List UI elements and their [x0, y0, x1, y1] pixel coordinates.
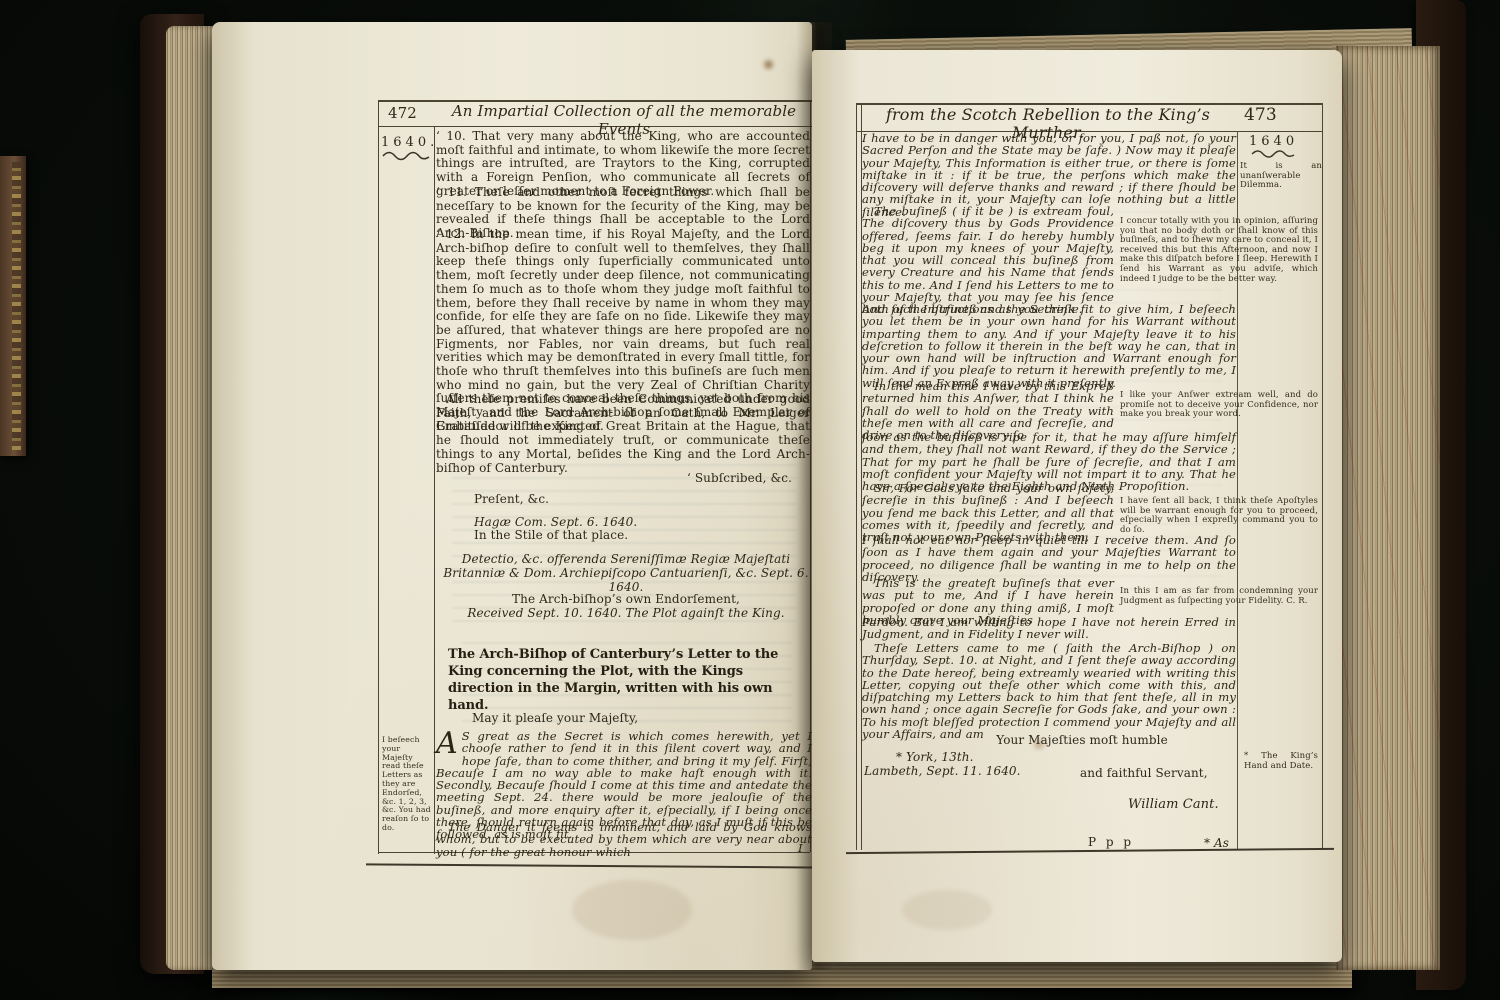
detectio-line: Detectio, &c. offerenda Sereniſſimæ Regi… [442, 552, 810, 594]
closing-humble: Your Majeſties moſt humble [932, 733, 1232, 747]
frame-line [1322, 103, 1323, 850]
frame-line [856, 103, 857, 850]
dateline-lambeth: Lambeth, Sept. 11. 1640. [864, 764, 1021, 778]
signature: William Cant. [1128, 798, 1219, 812]
signature-mark: P p p [1088, 835, 1134, 849]
right-page: from the Scotch Rebellion to the King’s … [812, 50, 1342, 962]
present-line: Preſent, &c. [474, 492, 549, 506]
stain [902, 890, 992, 930]
stain [572, 880, 692, 940]
dateline-stile: In the Stile of that place. [474, 528, 628, 542]
paragraph-9: Theſe Letters came to me ( ſaith the Arc… [862, 642, 1236, 740]
salutation: May it pleaſe your Majeſty, [472, 711, 638, 725]
margin-year: 1640. [381, 136, 438, 150]
left-page: 472 An Impartial Collection of all the m… [212, 22, 812, 970]
section-heading: The Arch-Biſhop of Canterbury’s Letter t… [448, 646, 810, 714]
kings-note-answer: I like your Anſwer extream well, and do … [1120, 391, 1318, 420]
endorsement-line: Received Sept. 10. 1640. The Plot againſ… [442, 606, 810, 620]
paragraph-2: The buſineß ( if it be ) is extream foul… [862, 205, 1114, 316]
year-flourish [381, 150, 431, 162]
endorsement-title: The Arch-biſhop’s own Endorſement, [442, 592, 810, 606]
frame-line [378, 100, 379, 854]
photo-of-open-book: 472 An Impartial Collection of all the m… [0, 0, 1500, 1000]
paragraph-3: And ſuch Inſtructions as you think fit t… [862, 303, 1236, 389]
kings-note-fidelity: In this I am as far from condemning your… [1120, 587, 1318, 606]
frame-line [434, 126, 435, 854]
margin-note-beseech: I beſeech your Majeſty read theſe Letter… [382, 736, 432, 833]
kings-note-concur: I concur totally with you in opinion, aſ… [1120, 217, 1318, 284]
closing-servant: and faithful Servant, [1080, 766, 1208, 780]
fox-spot [764, 60, 773, 69]
page-number: 473 [1244, 106, 1277, 124]
bottom-rule [366, 863, 824, 868]
page-block-fore-edge-right [1336, 46, 1440, 970]
year-flourish [1250, 149, 1296, 160]
page-number: 472 [388, 104, 417, 122]
kings-note-apostyles: I have ſent all back, I think theſe Apoſ… [1120, 497, 1318, 535]
neighbor-book-spine [0, 156, 26, 456]
margin-note-kings-hand: * The King’s Hand and Date. [1244, 752, 1318, 771]
dateline-york: * York, 13th. [896, 750, 974, 764]
gilt-tooling [12, 162, 21, 450]
paragraph-8b: Pardon. But I am willing to hope I have … [862, 616, 1236, 641]
paragraph-premises: ‘ All theſe premiſes have been Communica… [436, 393, 810, 475]
subscribed-line: ‘ Subſcribed, &c. [592, 471, 792, 485]
catchword: * As [1204, 836, 1229, 850]
dateline-hague: Hagæ Com. Sept. 6. 1640. [474, 515, 637, 529]
margin-year: 1640 [1249, 135, 1298, 149]
letter-paragraph-2: The Danger it ſeems is imminent, and lai… [436, 821, 812, 858]
drop-cap: A [436, 731, 458, 757]
page-block-fore-edge-left [166, 26, 218, 970]
margin-note-dilemma: It is an unanſwerable Dilemma. [1240, 162, 1322, 191]
